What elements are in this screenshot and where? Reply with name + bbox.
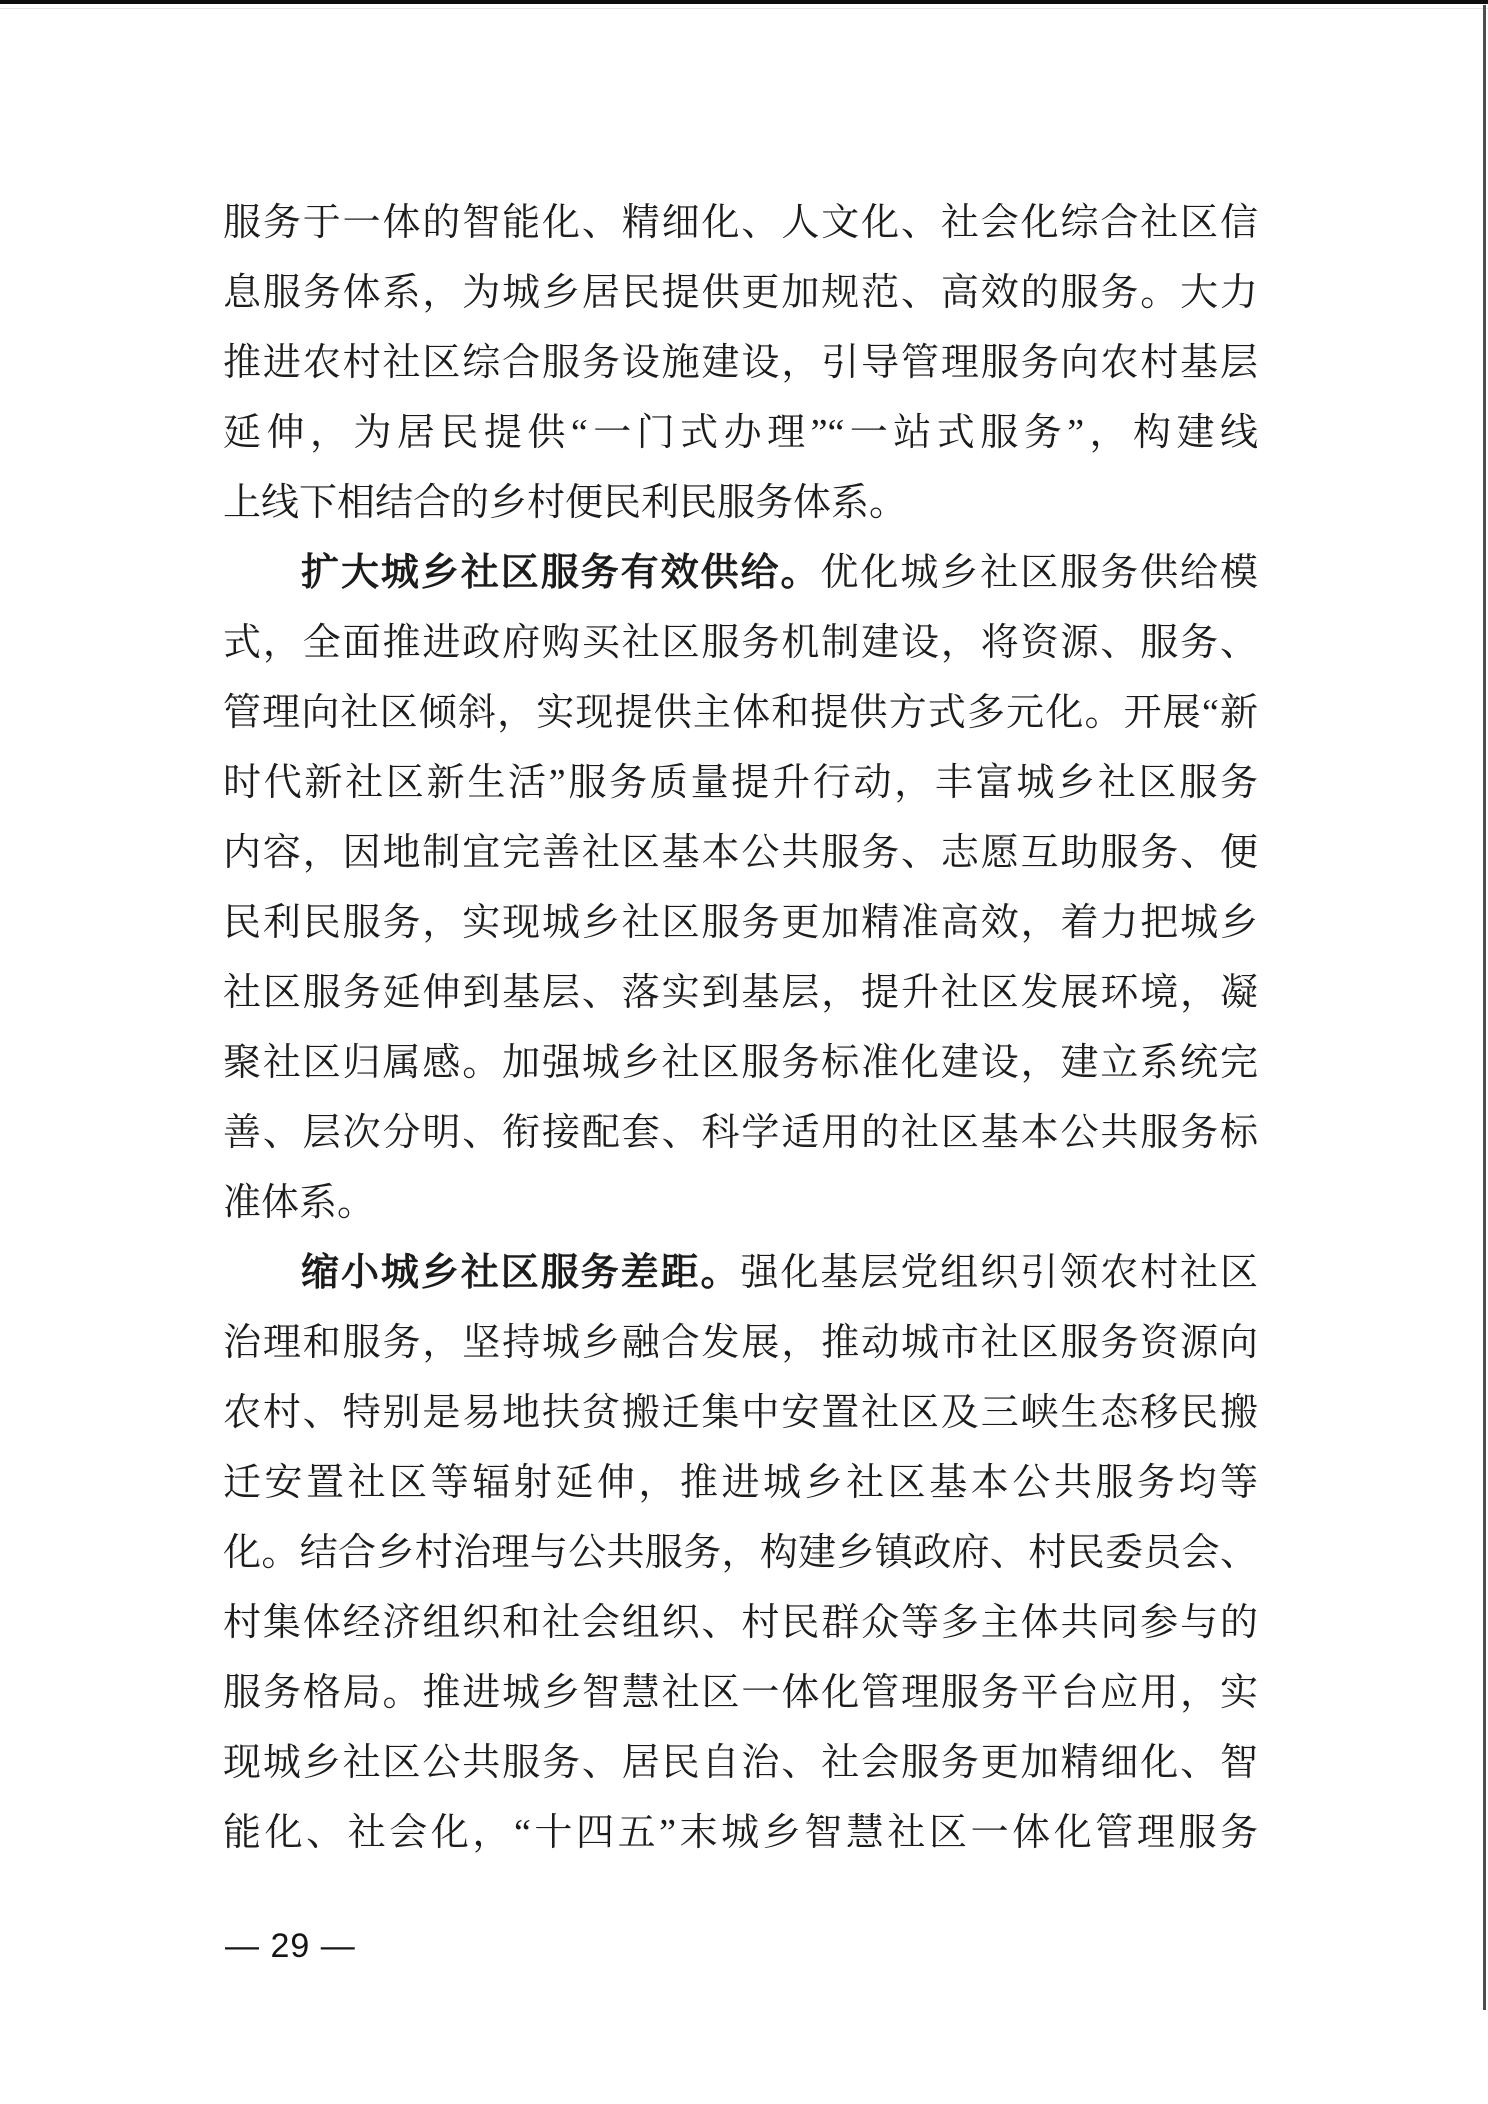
text-line: 迁安置社区等辐射延伸，推进城乡社区基本公共服务均等 bbox=[223, 1448, 1258, 1518]
text-line: 时代新社区新生活”服务质量提升行动，丰富城乡社区服务 bbox=[223, 748, 1258, 818]
text-line: 缩小城乡社区服务差距。强化基层党组织引领农村社区 bbox=[223, 1238, 1258, 1308]
text-line: 延伸，为居民提供“一门式办理”“一站式服务”，构建线 bbox=[223, 398, 1258, 468]
text-line: 内容，因地制宜完善社区基本公共服务、志愿互助服务、便 bbox=[223, 818, 1258, 888]
scan-edge-top bbox=[0, 0, 1488, 4]
paragraph-heading: 缩小城乡社区服务差距。 bbox=[301, 1252, 741, 1294]
text-line: 善、层次分明、衔接配套、科学适用的社区基本公共服务标 bbox=[223, 1098, 1258, 1168]
text-line: 社区服务延伸到基层、落实到基层，提升社区发展环境，凝 bbox=[223, 958, 1258, 1028]
text-line: 聚社区归属感。加强城乡社区服务标准化建设，建立系统完 bbox=[223, 1028, 1258, 1098]
page-number: — 29 — bbox=[225, 1926, 356, 1966]
text-line: 农村、特别是易地扶贫搬迁集中安置社区及三峡生态移民搬 bbox=[223, 1378, 1258, 1448]
text-line: 准体系。 bbox=[223, 1168, 1258, 1238]
paragraph-heading: 扩大城乡社区服务有效供给。 bbox=[301, 552, 820, 594]
text-line: 民利民服务，实现城乡社区服务更加精准高效，着力把城乡 bbox=[223, 888, 1258, 958]
text-line: 管理向社区倾斜，实现提供主体和提供方式多元化。开展“新 bbox=[223, 678, 1258, 748]
scan-edge-top-hairline bbox=[0, 8, 1488, 9]
scan-edge-right bbox=[1483, 5, 1486, 2010]
text-line: 化。结合乡村治理与公共服务，构建乡镇政府、村民委员会、 bbox=[223, 1518, 1258, 1588]
text-line: 现城乡社区公共服务、居民自治、社会服务更加精细化、智 bbox=[223, 1728, 1258, 1798]
document-page: { "document": { "body": { "lines": [ {"t… bbox=[0, 0, 1488, 2104]
text-line: 服务格局。推进城乡智慧社区一体化管理服务平台应用，实 bbox=[223, 1658, 1258, 1728]
text-line: 推进农村社区综合服务设施建设，引导管理服务向农村基层 bbox=[223, 328, 1258, 398]
text-line: 能化、社会化，“十四五”末城乡智慧社区一体化管理服务 bbox=[223, 1798, 1258, 1868]
text-line: 息服务体系，为城乡居民提供更加规范、高效的服务。大力 bbox=[223, 258, 1258, 328]
text-line: 村集体经济组织和社会组织、村民群众等多主体共同参与的 bbox=[223, 1588, 1258, 1658]
body-text: 服务于一体的智能化、精细化、人文化、社会化综合社区信息服务体系，为城乡居民提供更… bbox=[223, 188, 1258, 1868]
text-line: 式，全面推进政府购买社区服务机制建设，将资源、服务、 bbox=[223, 608, 1258, 678]
text-line: 扩大城乡社区服务有效供给。优化城乡社区服务供给模 bbox=[223, 538, 1258, 608]
text-line: 上线下相结合的乡村便民利民服务体系。 bbox=[223, 468, 1258, 538]
text-line: 服务于一体的智能化、精细化、人文化、社会化综合社区信 bbox=[223, 188, 1258, 258]
text-line: 治理和服务，坚持城乡融合发展，推动城市社区服务资源向 bbox=[223, 1308, 1258, 1378]
